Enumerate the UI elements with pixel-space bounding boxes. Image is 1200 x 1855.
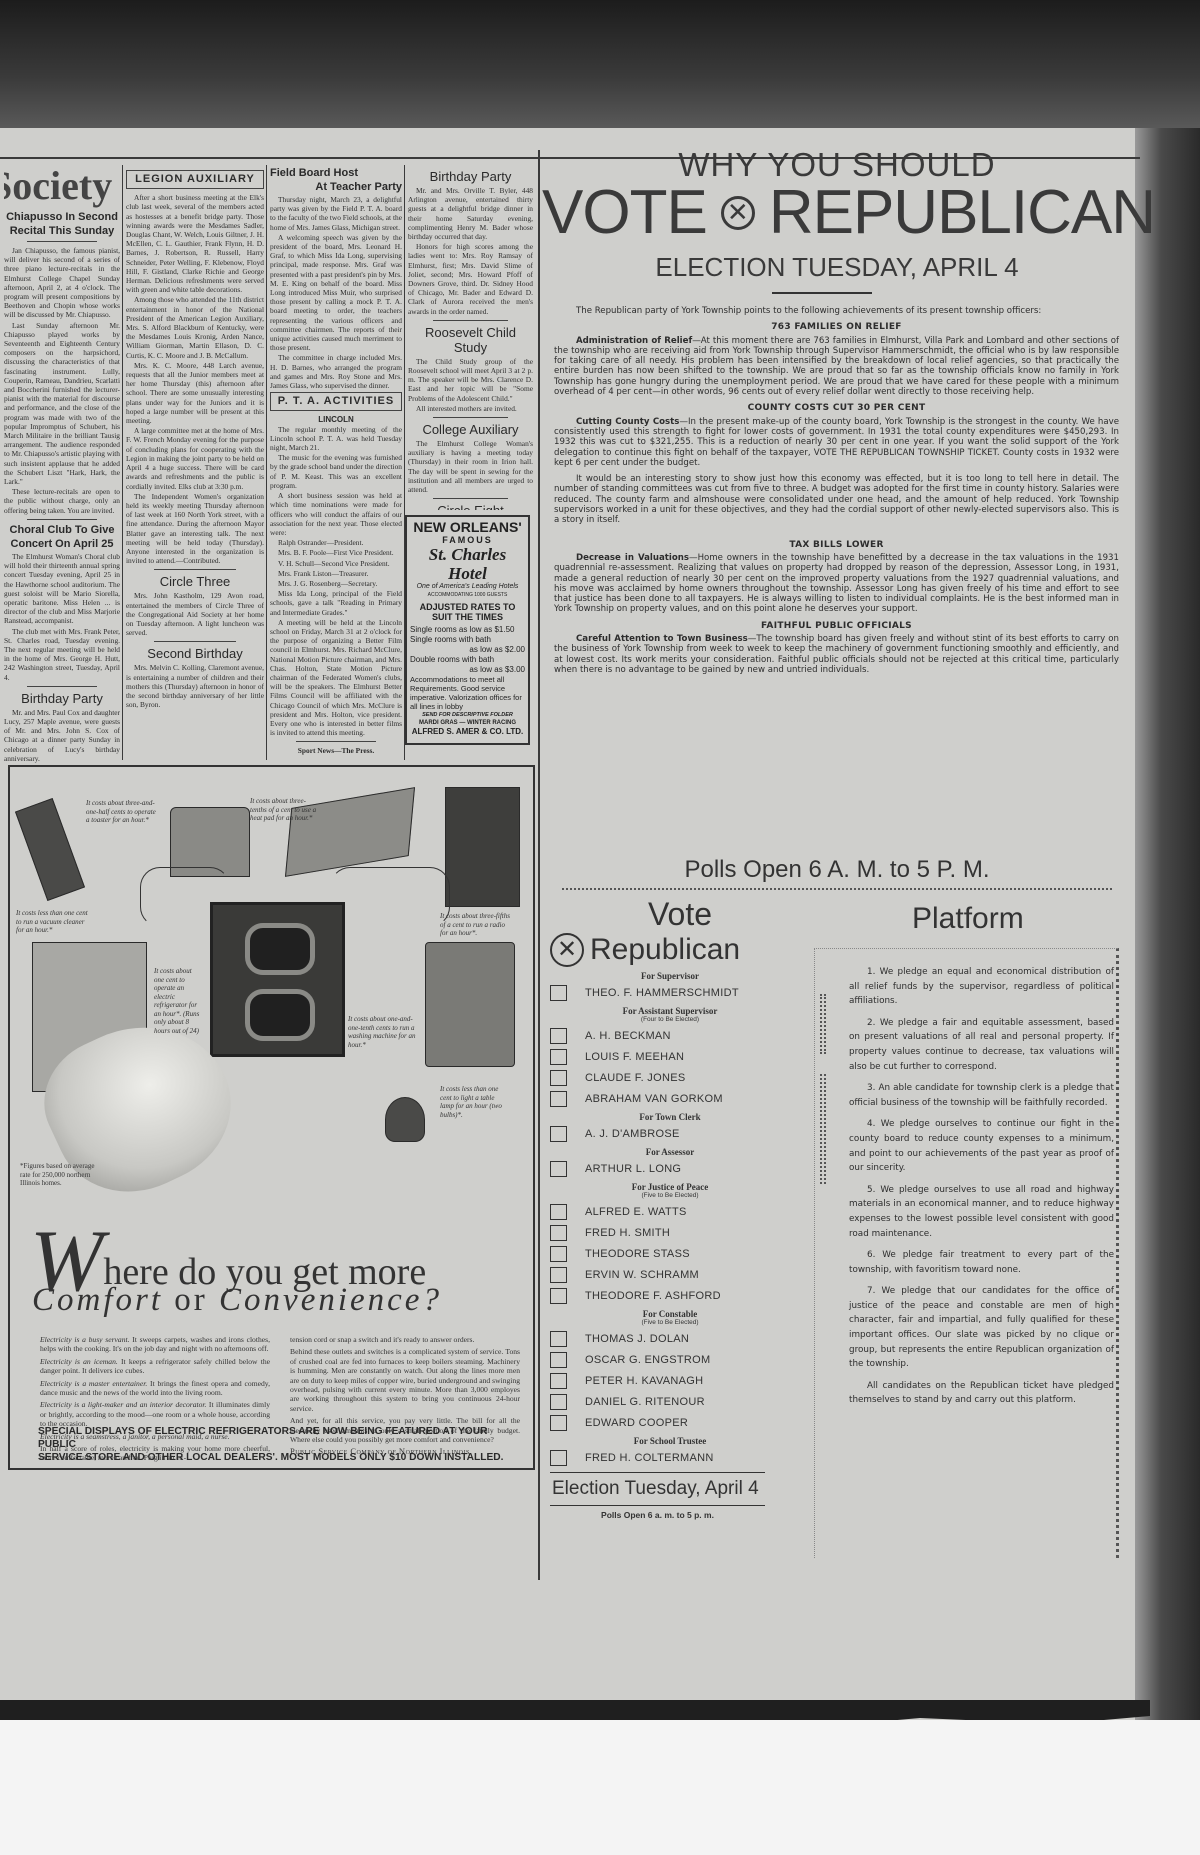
ballot-checkbox[interactable] (550, 1225, 567, 1241)
article-text: Miss Ida Long, principal of the Field sc… (270, 589, 402, 617)
office-label: For School Trustee (550, 1436, 790, 1446)
circle-eight-headline: Circle Eight (408, 503, 533, 510)
candidate-row[interactable]: FRED H. COLTERMANN (550, 1447, 790, 1468)
roosevelt-headline: Roosevelt Child Study (408, 325, 533, 355)
office-name: For Assistant Supervisor (623, 1006, 718, 1016)
office-label: For Supervisor (550, 971, 790, 981)
polls-open-banner: Polls Open 6 A. M. to 5 P. M. (542, 856, 1132, 884)
ballot-checkbox[interactable] (550, 1331, 567, 1347)
headline-or: or (174, 1282, 208, 1318)
divider (562, 888, 1112, 890)
ad-border-left (538, 150, 540, 1580)
office-name: For Constable (643, 1309, 698, 1319)
ballot-checkbox[interactable] (550, 1126, 567, 1142)
candidate-name: FRED H. COLTERMANN (585, 1452, 714, 1464)
platform-list: 1. We pledge an equal and economical dis… (849, 965, 1114, 1415)
ballot-checkbox[interactable] (550, 1204, 567, 1220)
scan-top-margin (0, 0, 1200, 128)
hotel-line-1: NEW ORLEANS' (410, 520, 525, 535)
candidate-name: FRED H. SMITH (585, 1227, 670, 1239)
ballot-election-date: Election Tuesday, April 4 (552, 1477, 790, 1501)
society-column-1: Society Chiapusso In Second Recital This… (4, 165, 120, 765)
officer-line: Ralph Ostrander—President. (270, 538, 402, 547)
lead: Careful Attention to Town Business (576, 634, 748, 644)
divider (154, 641, 237, 642)
article-text: After a short business meeting at the El… (126, 193, 264, 294)
circle-three-headline: Circle Three (126, 574, 264, 589)
headline-vote: VOTE (542, 178, 707, 247)
article-text: The Independent Women's organization hel… (126, 492, 264, 566)
office-name: For Assessor (646, 1147, 695, 1157)
pta-activities-headline: P. T. A. ACTIVITIES (270, 392, 402, 411)
choral-headline-2: Concert On April 25 (4, 538, 120, 550)
divider (772, 292, 872, 294)
candidate-row[interactable]: A. H. BECKMAN (550, 1025, 790, 1046)
socket-top (245, 923, 315, 975)
lead: Electricity is a busy servant. (40, 1335, 130, 1344)
special-displays-notice: SPECIAL DISPLAYS OF ELECTRIC REFRIGERATO… (38, 1425, 518, 1464)
section-paragraph: Decrease in Valuations—Home owners in th… (554, 553, 1119, 615)
platform-item: 2. We pledge a fair and equitable assess… (849, 1016, 1114, 1074)
office-label: For Constable(Five to Be Elected) (550, 1309, 790, 1327)
election-date: ELECTION TUESDAY, APRIL 4 (542, 252, 1132, 283)
hotel-capacity: ACCOMMODATING 1000 GUESTS (410, 591, 525, 599)
article-text: Among those who attended the 11th distri… (126, 295, 264, 359)
ballot-checkbox[interactable] (550, 1070, 567, 1086)
section-heading: FAITHFUL PUBLIC OFFICIALS (554, 621, 1119, 631)
article-text: The Elmhurst College Woman's auxiliary i… (408, 439, 533, 494)
divider (550, 1472, 765, 1473)
candidate-row[interactable]: FRED H. SMITH (550, 1222, 790, 1243)
lamp-caption: It costs less than one cent to light a t… (440, 1085, 510, 1119)
choral-headline-1: Choral Club To Give (4, 524, 120, 536)
ballot-title: ✕ Republican (550, 932, 790, 968)
candidate-name: ERVIN W. SCHRAMM (585, 1269, 699, 1281)
body-paragraph: Electricity is a busy servant. It sweeps… (40, 1335, 270, 1354)
article-text: Mr. and Mrs. Paul Cox and daughter Lucy,… (4, 708, 120, 763)
byler-birthday-headline: Birthday Party (408, 169, 533, 184)
article-text: Mrs. K. C. Moore, 448 Larch avenue, requ… (126, 361, 264, 425)
ballot-title-republican: Republican (590, 932, 740, 968)
candidate-row[interactable]: THEO. F. HAMMERSCHMIDT (550, 982, 790, 1003)
ballot-checkbox[interactable] (550, 1373, 567, 1389)
hotel-line-2: FAMOUS (410, 535, 525, 545)
office-label: For Assessor (550, 1147, 790, 1157)
sample-ballot: Vote ✕ Republican For Supervisor THEO. F… (550, 896, 790, 1520)
divider (433, 320, 508, 321)
candidate-row[interactable]: DANIEL G. RITENOUR (550, 1391, 790, 1412)
lead: Administration of Relief (576, 336, 692, 346)
officer-line: Mrs. J. G. Rosenberg—Secretary. (270, 579, 402, 588)
refrigerator-caption: It costs about one cent to operate an el… (154, 967, 200, 1035)
society-column-2: LEGION AUXILIARY After a short business … (126, 168, 264, 760)
candidate-row[interactable]: THOMAS J. DOLAN (550, 1328, 790, 1349)
column-rule (122, 165, 123, 760)
ballot-checkbox[interactable] (550, 1450, 567, 1466)
headline-convenience: Convenience? (219, 1282, 442, 1318)
ballot-checkbox[interactable] (550, 1161, 567, 1177)
officer-line: Mrs. Frank Liston—Treasurer. (270, 569, 402, 578)
scan-right-margin (1135, 128, 1200, 1728)
notice-line-2: SERVICE STORE AND OTHER LOCAL DEALERS'. … (38, 1451, 518, 1464)
article-text: All interested mothers are invited. (408, 404, 533, 413)
st-charles-hotel-ad: NEW ORLEANS' FAMOUS St. Charles Hotel On… (405, 515, 530, 745)
hotel-body: Accommodations to meet all Requirements.… (410, 675, 525, 711)
candidate-name: ALFRED E. WATTS (585, 1206, 687, 1218)
rate-double-bath: Double rooms with bath (410, 655, 525, 665)
hotel-operator: ALFRED S. AMER & CO. LTD. (410, 727, 525, 736)
article-text: The Child Study group of the Roosevelt s… (408, 357, 533, 403)
article-text: A welcoming speech was given by the pres… (270, 233, 402, 353)
divider (433, 498, 508, 499)
article-text: A meeting will be held at the Lincoln sc… (270, 618, 402, 738)
achievements-text: The Republican party of York Township po… (554, 306, 1119, 677)
section-paragraph: It would be an interesting story to show… (554, 474, 1119, 525)
society-masthead: Society (4, 165, 120, 207)
ballot-checkbox[interactable] (550, 1028, 567, 1044)
ballot-checkbox[interactable] (550, 1091, 567, 1107)
candidate-row[interactable]: ARTHUR L. LONG (550, 1158, 790, 1179)
candidate-row[interactable]: THEODORE STASS (550, 1243, 790, 1264)
article-text: Last Sunday afternoon Mr. Chiapusso play… (4, 321, 120, 487)
chiapusso-headline-1: Chiapusso In Second (4, 211, 120, 223)
body-paragraph: Electricity is an iceman. It keeps a ref… (40, 1357, 270, 1376)
rate-single-bath-price: as low as $2.00 (410, 645, 525, 655)
washing-machine-illustration (425, 942, 515, 1067)
power-cord (330, 867, 450, 927)
candidate-name: ARTHUR L. LONG (585, 1163, 681, 1175)
candidate-row[interactable]: ALFRED E. WATTS (550, 1201, 790, 1222)
headline-comfort: Comfort (32, 1282, 163, 1318)
officer-line: Mrs. B. F. Poole—First Vice President. (270, 548, 402, 557)
headline-republican: REPUBLICAN (769, 178, 1155, 247)
intro-paragraph: The Republican party of York Township po… (554, 306, 1119, 316)
washer-caption: It costs about one-and-one-tenth cents t… (348, 1015, 418, 1049)
ballot-checkbox[interactable] (550, 1394, 567, 1410)
radio-caption: It costs about three-fifths of a cent to… (440, 912, 512, 938)
rate-single-bath: Single rooms with bath (410, 635, 525, 645)
rate-single: Single rooms as low as $1.50 (410, 625, 525, 635)
candidate-name: THEO. F. HAMMERSCHMIDT (585, 987, 739, 999)
electricity-ad: It costs about three-and-one-half cents … (8, 765, 535, 1470)
ballot-checkbox[interactable] (550, 1415, 567, 1431)
heat-pad-caption: It costs about three-tenths of a cent to… (250, 797, 318, 823)
candidate-name: A. J. D'AMBROSE (585, 1128, 680, 1140)
office-note: (Five to Be Elected) (550, 1319, 790, 1327)
ballot-title-vote: Vote (570, 896, 790, 932)
hotel-name: St. Charles Hotel (410, 545, 525, 583)
section-paragraph: Administration of Relief—At this moment … (554, 336, 1119, 398)
section-heading: 763 FAMILIES ON RELIEF (554, 322, 1119, 332)
college-auxiliary-headline: College Auxiliary (408, 422, 533, 437)
ballot-checkbox[interactable] (550, 1288, 567, 1304)
candidate-name: A. H. BECKMAN (585, 1030, 671, 1042)
candidate-row[interactable]: A. J. D'AMBROSE (550, 1123, 790, 1144)
candidate-name: DANIEL G. RITENOUR (585, 1396, 705, 1408)
platform-item: 7. We pledge that our candidates for the… (849, 1284, 1114, 1372)
field-board-headline-1: Field Board Host (270, 167, 402, 179)
radio-illustration (445, 787, 520, 907)
body-paragraph: Behind these outlets and switches is a c… (290, 1347, 520, 1413)
ad-headline: VOTE✕REPUBLICAN (542, 180, 1142, 246)
ballot-checkbox[interactable] (550, 1352, 567, 1368)
office-label: For Justice of Peace(Five to Be Elected) (550, 1182, 790, 1200)
lead: Decrease in Valuations (576, 553, 689, 563)
officer-line: V. H. Schull—Second Vice President. (270, 559, 402, 568)
candidate-row[interactable]: EDWARD COOPER (550, 1412, 790, 1433)
lead: Electricity is an iceman. (40, 1357, 118, 1366)
article-text: The regular monthly meeting of the Linco… (270, 425, 402, 453)
divider (550, 1505, 765, 1506)
article-text: A short business session was held at whi… (270, 491, 402, 537)
column-rule (266, 165, 267, 760)
legion-auxiliary-headline: LEGION AUXILIARY (126, 170, 264, 189)
society-column-4: Birthday Party Mr. and Mrs. Orville T. B… (408, 165, 533, 510)
office-name: For Justice of Peace (632, 1182, 709, 1192)
candidate-name: OSCAR G. ENGSTROM (585, 1354, 711, 1366)
office-label: For Assistant Supervisor(Four to Be Elec… (550, 1006, 790, 1024)
chiapusso-headline-2: Recital This Sunday (4, 225, 120, 237)
ballot-checkbox[interactable] (550, 1049, 567, 1065)
ballot-x-icon: ✕ (721, 196, 755, 230)
hotel-folder: SEND FOR DESCRIPTIVE FOLDER (410, 711, 525, 719)
ballot-checkbox[interactable] (550, 1267, 567, 1283)
candidate-row[interactable]: ABRAHAM VAN GORKOM (550, 1088, 790, 1109)
sport-news-credit: Sport News—The Press. (270, 746, 402, 755)
section-paragraph: Cutting County Costs—In the present make… (554, 417, 1119, 468)
lead: Electricity is a master entertainer. (40, 1379, 147, 1388)
vacuum-caption: It costs less than one cent to run a vac… (16, 909, 88, 935)
platform-item: 5. We pledge ourselves to use all road a… (849, 1183, 1114, 1241)
second-birthday-headline: Second Birthday (126, 646, 264, 661)
society-column-3: Field Board Host At Teacher Party Thursd… (270, 165, 402, 760)
candidate-row[interactable]: ERVIN W. SCHRAMM (550, 1264, 790, 1285)
rate-double-bath-price: as low as $3.00 (410, 665, 525, 675)
article-text: Jan Chiapusso, the famous pianist, will … (4, 246, 120, 320)
ballot-polls-hours: Polls Open 6 a. m. to 5 p. m. (550, 1510, 765, 1520)
body-paragraph: tension cord or snap a switch and it's r… (290, 1335, 520, 1344)
candidate-name: EDWARD COOPER (585, 1417, 688, 1429)
toaster-caption: It costs about three-and-one-half cents … (86, 799, 156, 825)
divider (433, 417, 508, 418)
field-board-headline-2: At Teacher Party (270, 181, 402, 193)
divider (154, 569, 237, 570)
platform-item: 3. An able candidate for township clerk … (849, 1081, 1114, 1110)
article-text: Honors for high scores among the ladies … (408, 242, 533, 316)
article-text: The Elmhurst Woman's Choral club will ho… (4, 552, 120, 626)
platform-title: Platform (912, 902, 1024, 936)
candidate-name: LOUIS F. MEEHAN (585, 1051, 684, 1063)
article-text: Mrs. Melvin C. Kolling, Claremont avenue… (126, 663, 264, 709)
office-note: (Four to Be Elected) (550, 1016, 790, 1024)
ballot-checkbox[interactable] (550, 985, 567, 1001)
republican-ad: WHY YOU SHOULD VOTE✕REPUBLICAN ELECTION … (542, 140, 1132, 1570)
candidate-row[interactable]: LOUIS F. MEEHAN (550, 1046, 790, 1067)
divider (27, 241, 97, 242)
office-name: For Town Clerk (639, 1112, 700, 1122)
decorative-border (820, 994, 826, 1054)
article-text: Thursday night, March 23, a delightful p… (270, 195, 402, 232)
article-text: The committee in charge included Mrs. H.… (270, 353, 402, 390)
lead: Cutting County Costs (576, 417, 679, 427)
table-lamp-illustration (385, 1097, 425, 1142)
electric-headline-2: Comfort or Convenience? (32, 1282, 442, 1319)
candidate-name: ABRAHAM VAN GORKOM (585, 1093, 723, 1105)
lead: Electricity is a light-maker and an inte… (40, 1400, 206, 1409)
scan-bottom-margin (0, 1720, 1200, 1855)
ballot-x-icon: ✕ (550, 933, 584, 967)
article-text: Mr. and Mrs. Orville T. Byler, 448 Arlin… (408, 186, 533, 241)
candidate-row[interactable]: PETER H. KAVANAGH (550, 1370, 790, 1391)
hotel-events: MARDI GRAS — WINTER RACING (410, 719, 525, 727)
article-text: The club met with Mrs. Frank Peter, St. … (4, 627, 120, 682)
socket-bottom (245, 989, 315, 1041)
section-heading: TAX BILLS LOWER (554, 540, 1119, 550)
platform-item: 4. We pledge ourselves to continue our f… (849, 1117, 1114, 1175)
candidate-name: THEODORE F. ASHFORD (585, 1290, 721, 1302)
hotel-tagline: One of America's Leading Hotels (410, 583, 525, 591)
cox-birthday-headline: Birthday Party (4, 691, 120, 706)
article-text: The music for the evening was furnished … (270, 453, 402, 490)
decorative-border (820, 1074, 826, 1184)
platform-closing: All candidates on the Republican ticket … (849, 1379, 1114, 1408)
office-name: For Supervisor (641, 971, 699, 981)
candidate-name: THEODORE STASS (585, 1248, 690, 1260)
candidate-name: CLAUDE F. JONES (585, 1072, 685, 1084)
platform-item: 1. We pledge an equal and economical dis… (849, 965, 1114, 1009)
vacuum-cleaner-illustration (15, 798, 85, 901)
ballot-checkbox[interactable] (550, 1246, 567, 1262)
article-text: A large committee met at the home of Mrs… (126, 426, 264, 490)
candidate-row[interactable]: THEODORE F. ASHFORD (550, 1285, 790, 1306)
candidate-name: PETER H. KAVANAGH (585, 1375, 703, 1387)
candidate-name: THOMAS J. DOLAN (585, 1333, 689, 1345)
hotel-rates-headline: ADJUSTED RATES TO SUIT THE TIMES (410, 602, 525, 622)
section-paragraph: Careful Attention to Town Business—The t… (554, 634, 1119, 675)
office-label: For Town Clerk (550, 1112, 790, 1122)
notice-line-1: SPECIAL DISPLAYS OF ELECTRIC REFRIGERATO… (38, 1425, 518, 1451)
divider (27, 519, 97, 520)
rate-footnote: *Figures based on average rate for 250,0… (20, 1162, 95, 1188)
section-heading: COUNTY COSTS CUT 30 PER CENT (554, 403, 1119, 413)
article-text: Mrs. John Kastholm, 129 Avon road, enter… (126, 591, 264, 637)
wall-outlet-illustration (210, 902, 345, 1057)
divider (296, 741, 375, 742)
candidate-row[interactable]: CLAUDE F. JONES (550, 1067, 790, 1088)
lincoln-subhead: LINCOLN (270, 415, 402, 424)
platform-item: 6. We pledge fair treatment to every par… (849, 1248, 1114, 1277)
divider (27, 686, 97, 687)
candidate-row[interactable]: OSCAR G. ENGSTROM (550, 1349, 790, 1370)
body-paragraph: Electricity is a master entertainer. It … (40, 1379, 270, 1398)
office-name: For School Trustee (634, 1436, 707, 1446)
article-text: These lecture-recitals are open to the p… (4, 487, 120, 515)
office-note: (Five to Be Elected) (550, 1192, 790, 1200)
